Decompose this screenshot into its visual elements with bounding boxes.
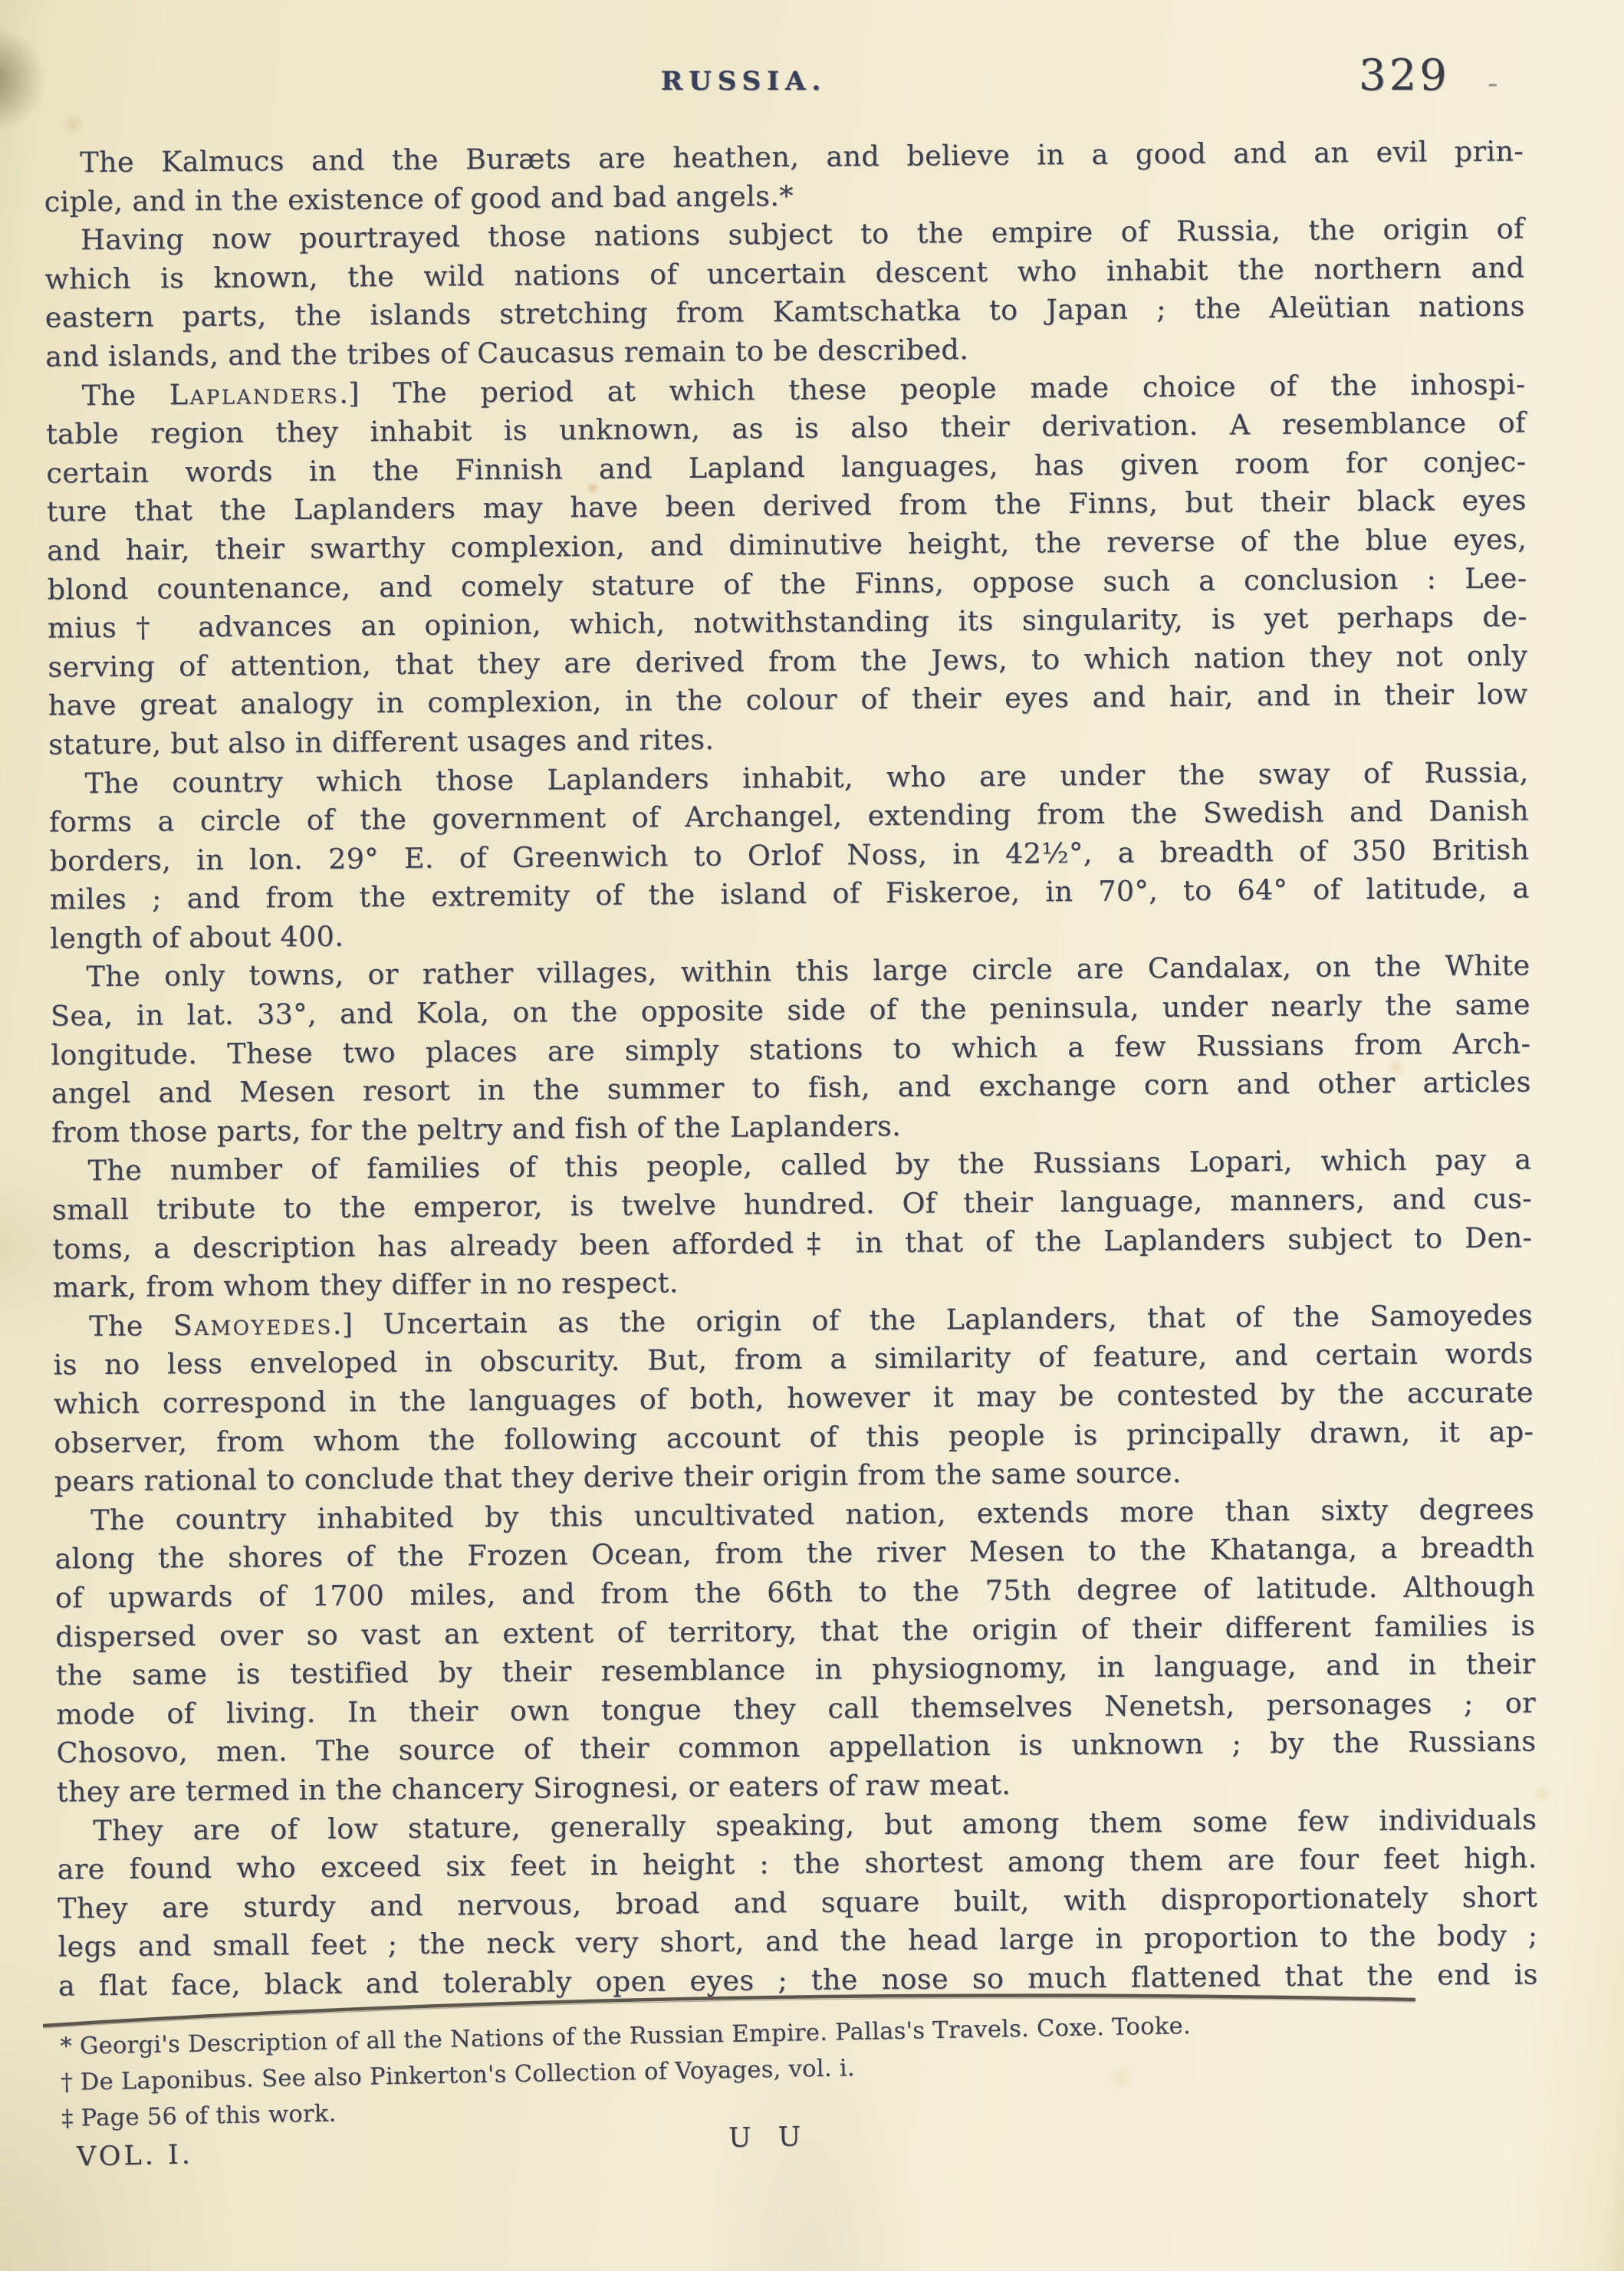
paragraph: The Samoyedes.] Uncertain as the origin … bbox=[53, 1296, 1534, 1501]
text-segment: .] Uncertain as the origin of the Laplan… bbox=[333, 1298, 1534, 1340]
small-caps-heading: Laplanders bbox=[169, 376, 340, 411]
paragraph: The country which those Laplanders inhab… bbox=[48, 753, 1530, 958]
margin-pen-mark: - bbox=[1488, 66, 1498, 101]
book-page-scan: RUSSIA. 329 - The Kalmucs and the Buræts… bbox=[0, 0, 1624, 2271]
volume-label: VOL. I. bbox=[77, 2139, 194, 2172]
paragraph: The Laplanders.] The period at which the… bbox=[45, 365, 1528, 764]
small-caps-heading: Samoyedes bbox=[173, 1307, 333, 1342]
paragraph: The number of families of this people, c… bbox=[51, 1141, 1533, 1308]
signature-mark: U U bbox=[728, 2121, 810, 2154]
paragraph: The Kalmucs and the Buræts are heathen, … bbox=[44, 132, 1524, 221]
paragraph: The only towns, or rather villages, with… bbox=[50, 947, 1531, 1152]
paragraph: The country inhabited by this uncultivat… bbox=[54, 1490, 1537, 1812]
text-segment: The bbox=[89, 1309, 173, 1343]
text-segment: .] The period at which these people made… bbox=[339, 367, 1526, 409]
page-number: 329 bbox=[1359, 51, 1450, 100]
body-text: The Kalmucs and the Buræts are heathen, … bbox=[44, 132, 1538, 2006]
running-head: RUSSIA. bbox=[661, 66, 827, 97]
paragraph: Having now pourtrayed those nations subj… bbox=[44, 210, 1526, 377]
text-segment: The bbox=[81, 378, 169, 412]
paragraph: They are of low stature, generally speak… bbox=[57, 1800, 1538, 2006]
